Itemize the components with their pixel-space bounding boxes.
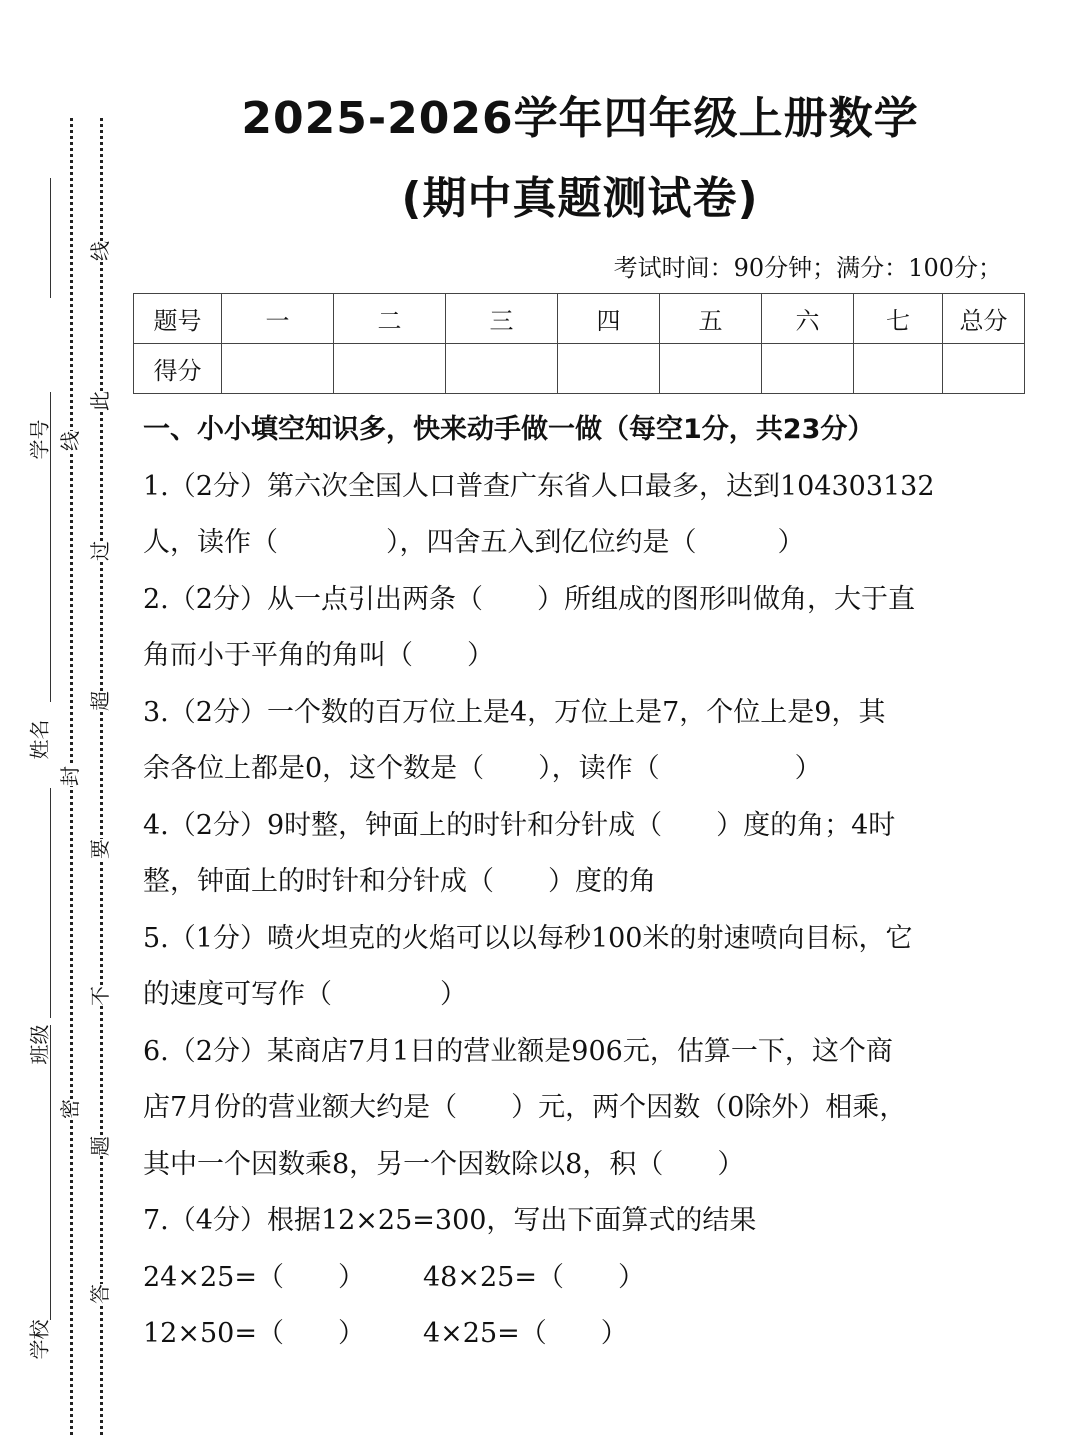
score-cell[interactable] bbox=[943, 344, 1025, 394]
margin-char: 要 bbox=[89, 839, 111, 859]
score-cell[interactable] bbox=[660, 344, 762, 394]
name-underline bbox=[50, 392, 51, 702]
margin-char: 线 bbox=[59, 431, 81, 451]
calc-item: 12×50=（ ） bbox=[143, 1306, 423, 1363]
table-cell: 得分 bbox=[134, 344, 222, 394]
question-line: 5.（1分）喷火坦克的火焰可以以每秒100米的射速喷向目标，它 bbox=[143, 911, 1023, 968]
table-header-cell: 七 bbox=[854, 294, 943, 344]
calc-item: 4×25=（ ） bbox=[423, 1306, 703, 1363]
table-header-cell: 题号 bbox=[134, 294, 222, 344]
margin-char: 封 bbox=[59, 766, 81, 786]
question-line: 6.（2分）某商店7月1日的营业额是906元，估算一下，这个商 bbox=[143, 1024, 1023, 1081]
score-cell[interactable] bbox=[854, 344, 943, 394]
question-line: 3.（2分）一个数的百万位上是4，万位上是7，个位上是9，其 bbox=[143, 685, 1023, 742]
question-line: 2.（2分）从一点引出两条（ ）所组成的图形叫做角，大于直 bbox=[143, 572, 1023, 629]
margin-char: 过 bbox=[89, 541, 111, 561]
question-line: 其中一个因数乘8，另一个因数除以8，积（ ） bbox=[143, 1137, 1023, 1194]
calc-item: 48×25=（ ） bbox=[423, 1250, 703, 1307]
table-header-cell: 三 bbox=[446, 294, 558, 344]
question-line: 7.（4分）根据12×25=300，写出下面算式的结果 bbox=[143, 1193, 1023, 1250]
score-cell[interactable] bbox=[222, 344, 334, 394]
question-line: 人，读作（ ），四舍五入到亿位约是（ ） bbox=[143, 515, 1023, 572]
page-subtitle: (期中真题测试卷) bbox=[0, 162, 1080, 226]
class-underline bbox=[50, 788, 51, 1018]
margin-char: 超 bbox=[89, 691, 111, 711]
margin-char: 密 bbox=[59, 1099, 81, 1119]
margin-char: 题 bbox=[89, 1136, 111, 1156]
page-title: 2025-2026学年四年级上册数学 bbox=[0, 82, 1080, 146]
table-header-cell: 五 bbox=[660, 294, 762, 344]
student-id-label: 学号 bbox=[24, 420, 53, 460]
exam-info: 考试时间：90分钟；满分：100分； bbox=[614, 248, 1002, 283]
question-line: 1.（2分）第六次全国人口普查广东省人口最多，达到104303132 bbox=[143, 459, 1023, 516]
score-cell[interactable] bbox=[558, 344, 660, 394]
calc-row: 12×50=（ ）4×25=（ ） bbox=[143, 1306, 1023, 1363]
score-cell[interactable] bbox=[334, 344, 446, 394]
school-underline bbox=[50, 1025, 51, 1320]
table-header-cell: 一 bbox=[222, 294, 334, 344]
score-cell[interactable] bbox=[446, 344, 558, 394]
table-header-cell: 二 bbox=[334, 294, 446, 344]
question-line: 整，钟面上的时针和分针成（ ）度的角 bbox=[143, 854, 1023, 911]
question-line: 的速度可写作（ ） bbox=[143, 967, 1023, 1024]
question-line: 角而小于平角的角叫（ ） bbox=[143, 628, 1023, 685]
margin-char: 线 bbox=[89, 241, 111, 261]
table-row: 得分 bbox=[134, 344, 1025, 394]
section-heading: 一、小小填空知识多，快来动手做一做（每空1分，共23分） bbox=[143, 402, 1023, 459]
question-line: 余各位上都是0，这个数是（ ），读作（ ） bbox=[143, 741, 1023, 798]
table-row: 题号 一 二 三 四 五 六 七 总分 bbox=[134, 294, 1025, 344]
table-header-cell: 四 bbox=[558, 294, 660, 344]
margin-char: 答 bbox=[89, 1284, 111, 1304]
question-line: 4.（2分）9时整，钟面上的时针和分针成（ ）度的角；4时 bbox=[143, 798, 1023, 855]
table-header-cell: 总分 bbox=[943, 294, 1025, 344]
calc-item: 24×25=（ ） bbox=[143, 1250, 423, 1307]
question-line: 店7月份的营业额大约是（ ）元，两个因数（0除外）相乘， bbox=[143, 1080, 1023, 1137]
score-cell[interactable] bbox=[762, 344, 854, 394]
calc-row: 24×25=（ ）48×25=（ ） bbox=[143, 1250, 1023, 1307]
class-label: 班级 bbox=[24, 1025, 53, 1065]
margin-char: 此 bbox=[89, 391, 111, 411]
score-table: 题号 一 二 三 四 五 六 七 总分 得分 bbox=[133, 293, 1025, 394]
section-1: 一、小小填空知识多，快来动手做一做（每空1分，共23分） 1.（2分）第六次全国… bbox=[143, 402, 1023, 1363]
name-label: 姓名 bbox=[24, 720, 53, 760]
outer-dotted-line bbox=[100, 118, 103, 1435]
margin-char: 不 bbox=[89, 986, 111, 1006]
table-header-cell: 六 bbox=[762, 294, 854, 344]
school-label: 学校 bbox=[24, 1320, 53, 1360]
